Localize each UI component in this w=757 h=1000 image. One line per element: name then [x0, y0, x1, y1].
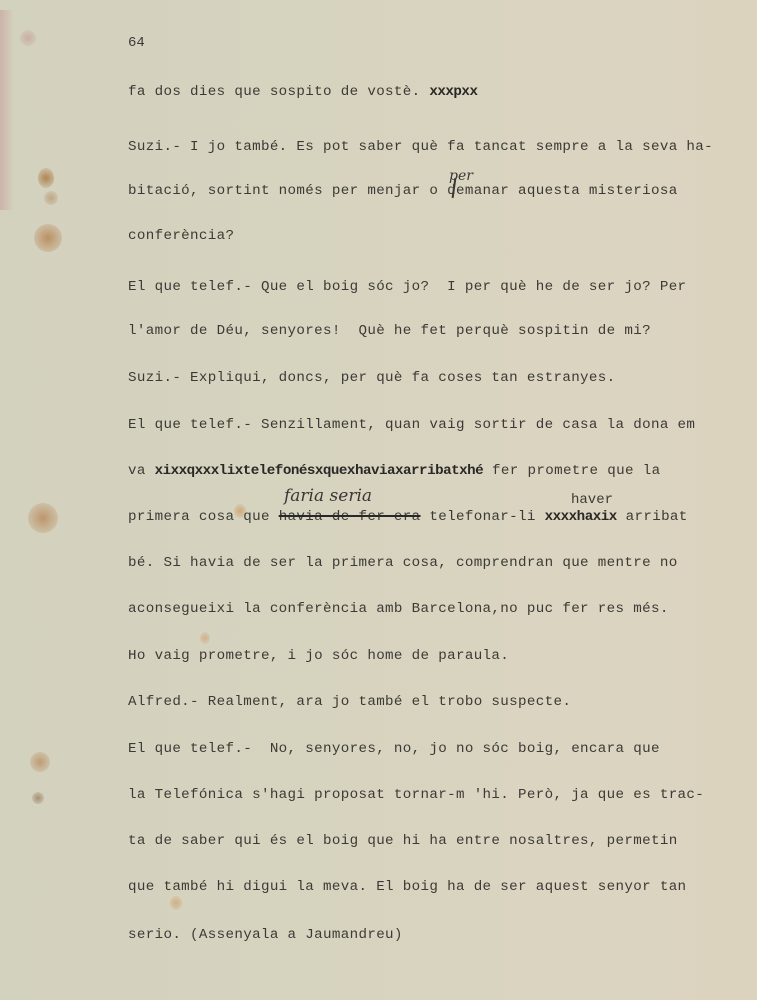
text-segment: bitació, sortint només per menjar o dema… [128, 183, 678, 199]
text-line: bitació, sortint només per menjar o dema… [128, 182, 678, 200]
text-line: la Telefónica s'hagi proposat tornar-m '… [128, 786, 704, 804]
text-segment: El que telef.- Senzillament, quan vaig s… [128, 417, 695, 433]
text-segment: Suzi.- I jo també. Es pot saber què fa t… [128, 139, 713, 155]
typewritten-page: 64 fa dos dies que sospito de vostè. xxx… [0, 0, 757, 1000]
crossed-out-text: havia de fer era [279, 509, 421, 525]
paper-stain [200, 632, 210, 644]
text-line: l'amor de Déu, senyores! Què he fet perq… [128, 322, 651, 340]
text-line: va xixxqxxxlixtelefonésxquexhaviaxarriba… [128, 462, 660, 480]
text-segment: El que telef.- Que el boig sóc jo? I per… [128, 279, 686, 295]
handwritten-correction: faria seria [284, 486, 372, 506]
text-segment: la Telefónica s'hagi proposat tornar-m '… [128, 787, 704, 803]
text-line: ta de saber qui és el boig que hi ha ent… [128, 832, 678, 850]
paper-stain [30, 752, 50, 772]
text-line: El que telef.- Senzillament, quan vaig s… [128, 416, 695, 434]
text-segment: aconsegueixi la conferència amb Barcelon… [128, 601, 669, 617]
struck-out-text: xxxxhaxix [545, 509, 617, 525]
text-segment: ta de saber qui és el boig que hi ha ent… [128, 833, 678, 849]
paper-stain [34, 224, 62, 252]
text-segment: fer prometre que la [483, 463, 660, 479]
text-line: Alfred.- Realment, ara jo també el trobo… [128, 693, 571, 711]
text-line: El que telef.- Que el boig sóc jo? I per… [128, 278, 686, 296]
page-number: 64 [128, 35, 145, 51]
text-segment: Suzi.- Expliqui, doncs, per què fa coses… [128, 370, 616, 386]
text-line: fa dos dies que sospito de vostè. xxxpxx [128, 83, 477, 101]
text-line: que també hi digui la meva. El boig ha d… [128, 878, 686, 896]
handwritten-annotation-per: per [449, 168, 473, 184]
text-segment: bé. Si havia de ser la primera cosa, com… [128, 555, 678, 571]
text-line: aconsegueixi la conferència amb Barcelon… [128, 600, 669, 618]
paper-stain [170, 896, 182, 910]
text-segment: El que telef.- No, senyores, no, jo no s… [128, 741, 660, 757]
text-line: Ho vaig prometre, i jo sóc home de parau… [128, 647, 509, 665]
text-segment: primera cosa que [128, 509, 279, 525]
text-segment: Ho vaig prometre, i jo sóc home de parau… [128, 648, 509, 664]
text-segment: l'amor de Déu, senyores! Què he fet perq… [128, 323, 651, 339]
text-segment: que també hi digui la meva. El boig ha d… [128, 879, 686, 895]
typed-insertion: haver [571, 492, 613, 508]
paper-stain [20, 30, 36, 46]
text-line: bé. Si havia de ser la primera cosa, com… [128, 554, 678, 572]
text-line: El que telef.- No, senyores, no, jo no s… [128, 740, 660, 758]
paper-stain [38, 168, 54, 188]
text-segment: serio. (Assenyala a Jaumandreu) [128, 927, 403, 943]
text-segment: va [128, 463, 155, 479]
paper-stain [32, 792, 44, 804]
text-segment: fa dos dies que sospito de vostè. [128, 84, 429, 100]
text-line: Suzi.- I jo també. Es pot saber què fa t… [128, 138, 713, 156]
paper-stain [44, 191, 58, 205]
text-line: Suzi.- Expliqui, doncs, per què fa coses… [128, 369, 616, 387]
paper-stain [0, 10, 14, 210]
struck-out-text: xxxpxx [429, 84, 477, 100]
text-segment: conferència? [128, 228, 234, 244]
paper-stain [28, 503, 58, 533]
struck-out-text: xixxqxxxlixtelefonésxquexhaviaxarribatxh… [155, 463, 484, 479]
text-line: serio. (Assenyala a Jaumandreu) [128, 926, 403, 944]
text-line: primera cosa que havia de fer era telefo… [128, 508, 688, 526]
text-segment: telefonar-li [421, 509, 545, 525]
text-line: conferència? [128, 227, 234, 245]
text-segment: arribat [617, 509, 688, 525]
text-segment: Alfred.- Realment, ara jo també el trobo… [128, 694, 571, 710]
